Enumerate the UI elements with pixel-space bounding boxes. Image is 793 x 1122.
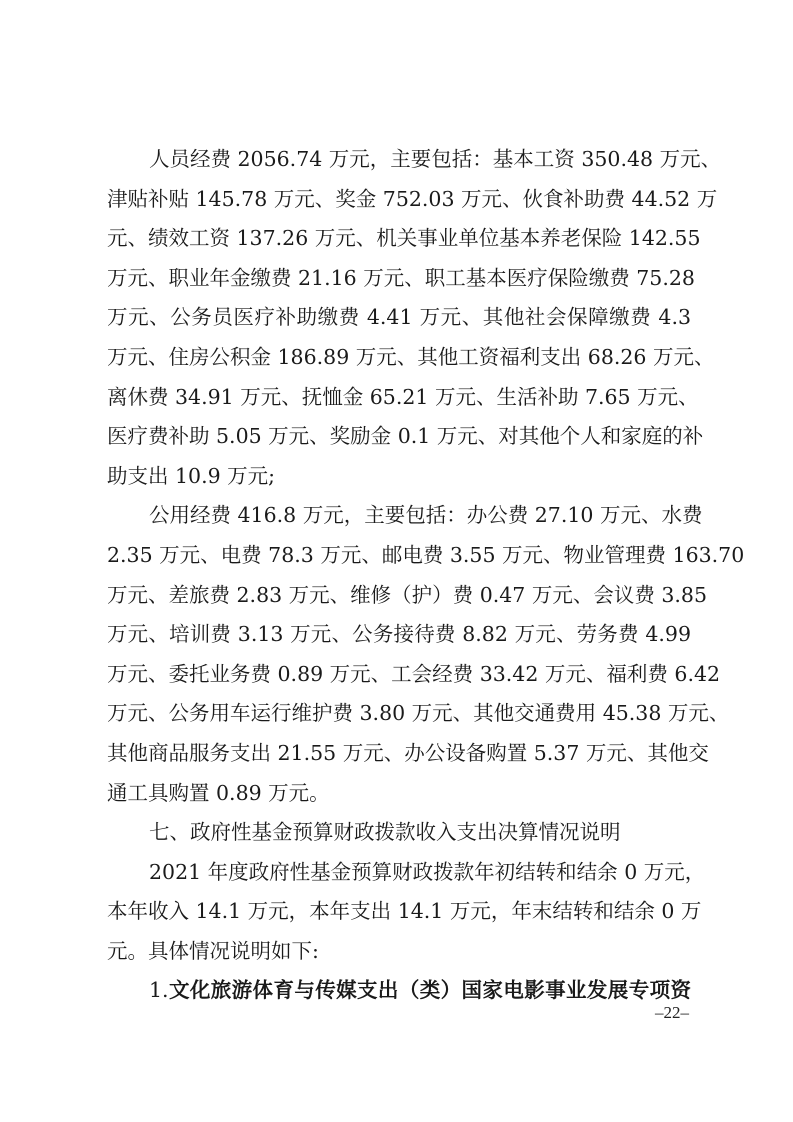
text-line: 元、绩效工资 137.26 万元、机关事业单位基本养老保险 142.55	[107, 219, 691, 259]
text-line: 万元、职业年金缴费 21.16 万元、职工基本医疗保险缴费 75.28	[107, 259, 691, 299]
subsection-number: 1.	[149, 978, 169, 1002]
text-line: 人员经费 2056.74 万元，主要包括：基本工资 350.48 万元、	[107, 140, 691, 180]
text-line: 2021 年度政府性基金预算财政拨款年初结转和结余 0 万元，	[107, 853, 691, 893]
text-line: 万元、公务用车运行维护费 3.80 万元、其他交通费用 45.38 万元、	[107, 694, 691, 734]
subsection-heading: 1.文化旅游体育与传媒支出（类）国家电影事业发展专项资	[107, 971, 691, 1011]
text-line: 万元、公务员医疗补助缴费 4.41 万元、其他社会保障缴费 4.3	[107, 298, 691, 338]
text-line: 其他商品服务支出 21.55 万元、办公设备购置 5.37 万元、其他交	[107, 734, 691, 774]
text-line: 万元、培训费 3.13 万元、公务接待费 8.82 万元、劳务费 4.99	[107, 615, 691, 655]
page-number: –22–	[655, 1003, 689, 1023]
document-page: 人员经费 2056.74 万元，主要包括：基本工资 350.48 万元、 津贴补…	[107, 140, 691, 1011]
text-line: 离休费 34.91 万元、抚恤金 65.21 万元、生活补助 7.65 万元、	[107, 378, 691, 418]
text-line: 元。具体情况说明如下:	[107, 932, 691, 972]
text-line: 通工具购置 0.89 万元。	[107, 774, 691, 814]
text-line: 本年收入 14.1 万元，本年支出 14.1 万元，年末结转和结余 0 万	[107, 892, 691, 932]
text-line: 万元、住房公积金 186.89 万元、其他工资福利支出 68.26 万元、	[107, 338, 691, 378]
text-line: 公用经费 416.8 万元，主要包括：办公费 27.10 万元、水费	[107, 496, 691, 536]
section-heading: 七、政府性基金预算财政拨款收入支出决算情况说明	[107, 813, 691, 853]
text-line: 助支出 10.9 万元;	[107, 457, 691, 497]
government-fund-paragraph: 2021 年度政府性基金预算财政拨款年初结转和结余 0 万元， 本年收入 14.…	[107, 853, 691, 972]
text-line: 万元、委托业务费 0.89 万元、工会经费 33.42 万元、福利费 6.42	[107, 655, 691, 695]
text-line: 津贴补贴 145.78 万元、奖金 752.03 万元、伙食补助费 44.52 …	[107, 180, 691, 220]
public-expense-paragraph: 公用经费 416.8 万元，主要包括：办公费 27.10 万元、水费 2.35 …	[107, 496, 691, 813]
subsection-title: 文化旅游体育与传媒支出（类）国家电影事业发展专项资	[169, 978, 691, 1002]
text-line: 医疗费补助 5.05 万元、奖励金 0.1 万元、对其他个人和家庭的补	[107, 417, 691, 457]
text-line: 2.35 万元、电费 78.3 万元、邮电费 3.55 万元、物业管理费 163…	[107, 536, 691, 576]
text-line: 万元、差旅费 2.83 万元、维修（护）费 0.47 万元、会议费 3.85	[107, 576, 691, 616]
personnel-expense-paragraph: 人员经费 2056.74 万元，主要包括：基本工资 350.48 万元、 津贴补…	[107, 140, 691, 496]
